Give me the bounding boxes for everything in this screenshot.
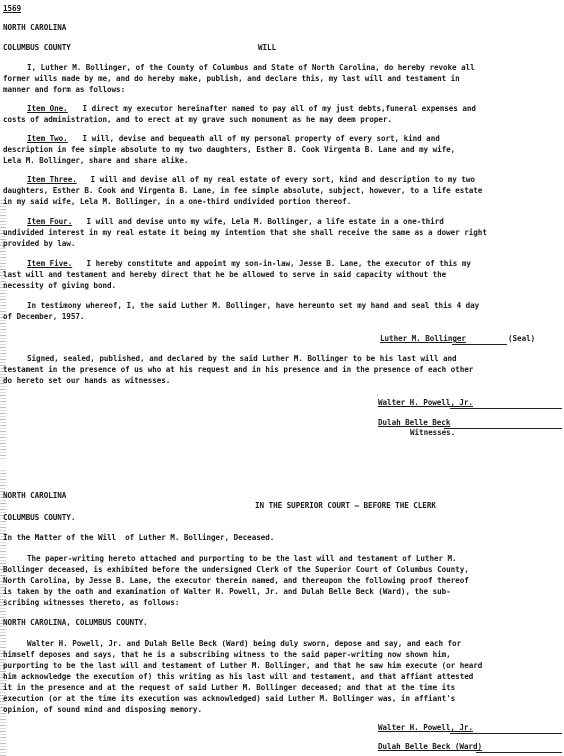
probate-court: IN THE SUPERIOR COURT — BEFORE THE CLERK	[255, 500, 436, 511]
text-line: last will and testament and hereby direc…	[3, 269, 446, 280]
witness-signature: Walter H. Powell, Jr.	[378, 397, 473, 408]
page-number: 1569	[3, 3, 21, 14]
text-line: testament in the presence of us who at h…	[3, 364, 473, 375]
will-title: WILL	[258, 42, 276, 53]
text-line: I direct my executor hereinafter named t…	[78, 103, 476, 114]
will-state: NORTH CAROLINA	[3, 22, 66, 33]
seal-label: (Seal)	[508, 333, 535, 344]
text-line: purporting to be the last will and testa…	[3, 660, 482, 671]
text-line: provided by law.	[3, 238, 75, 249]
text-line: in my said wife, Lela M. Bollinger, in a…	[3, 196, 351, 207]
signature-line	[444, 428, 562, 429]
text-line: description in fee simple absolute to my…	[3, 144, 455, 155]
text-line: I will, devise and bequeath all of my pe…	[78, 133, 440, 144]
signature-line	[450, 408, 562, 409]
text-line: scribing witnesses thereto, as follows:	[3, 597, 179, 608]
item-label: Item Four.	[27, 216, 72, 227]
text-line: manner and form as follows:	[3, 84, 125, 95]
text-line: it in the presence and at the request of…	[3, 682, 455, 693]
text-line: undivided interest in my real estate it …	[3, 227, 487, 238]
item-label: Item Two.	[27, 133, 68, 144]
signature-line	[452, 344, 507, 345]
text-line: In testimony whereof, I, the said Luther…	[27, 300, 479, 311]
text-line: former wills made by me, and do hereby m…	[3, 73, 460, 84]
item-label: Item Five.	[27, 258, 72, 269]
witness-signature: Walter H. Powell, Jr.	[378, 722, 473, 733]
text-line: execution (or at the time its execution …	[3, 693, 455, 704]
text-line: I, Luther M. Bollinger, of the County of…	[27, 62, 475, 73]
text-line: The paper-writing hereto attached and pu…	[27, 553, 457, 564]
item-label: Item Three.	[27, 174, 77, 185]
text-line: Bollinger deceased, is exhibited before …	[3, 564, 469, 575]
text-line: Signed, sealed, published, and declared …	[27, 353, 457, 364]
probate-county: COLUMBUS COUNTY.	[3, 512, 75, 523]
witness-signature: Dulah Belle Beck (Ward)	[378, 741, 482, 752]
text-line: Lela M. Bollinger, share and share alike…	[3, 155, 188, 166]
text-line: costs of administration, and to erect at…	[3, 114, 392, 125]
text-line: of December, 1957.	[3, 311, 84, 322]
testator-signature: Luther M. Bollinger	[380, 333, 466, 344]
text-line: him acknowledge the execution of) this w…	[3, 671, 473, 682]
text-line: daughters, Esther B. Cook and Virgenta B…	[3, 185, 482, 196]
text-line: I will and devise unto my wife, Lela M. …	[82, 216, 444, 227]
probate-matter: In the Matter of the Will of Luther M. B…	[3, 532, 274, 543]
witnesses-label: Witnesses.	[410, 427, 455, 438]
text-line: I will and devise all of my real estate …	[86, 174, 475, 185]
probate-venue: NORTH CAROLINA, COLUMBUS COUNTY.	[3, 617, 148, 628]
text-line: is taken by the oath and examination of …	[3, 586, 451, 597]
signature-line	[476, 752, 562, 753]
text-line: himself deposes and says, that he is a s…	[3, 649, 451, 660]
item-label: Item One.	[27, 103, 68, 114]
will-county: COLUMBUS COUNTY	[3, 42, 71, 53]
text-line: North Carolina, by Jesse B. Lane, the ex…	[3, 575, 469, 586]
text-line: opinion, of sound mind and disposing mem…	[3, 704, 202, 715]
text-line: Walter H. Powell, Jr. and Dulah Belle Be…	[27, 638, 461, 649]
text-line: necessity of giving bond.	[3, 280, 116, 291]
signature-line	[450, 733, 562, 734]
probate-state: NORTH CAROLINA	[3, 490, 66, 501]
document-page: 1569 NORTH CAROLINA COLUMBUS COUNTY WILL…	[0, 0, 564, 756]
text-line: I hereby constitute and appoint my son-i…	[82, 258, 471, 269]
text-line: do hereto set our hands as witnesses.	[3, 375, 170, 386]
